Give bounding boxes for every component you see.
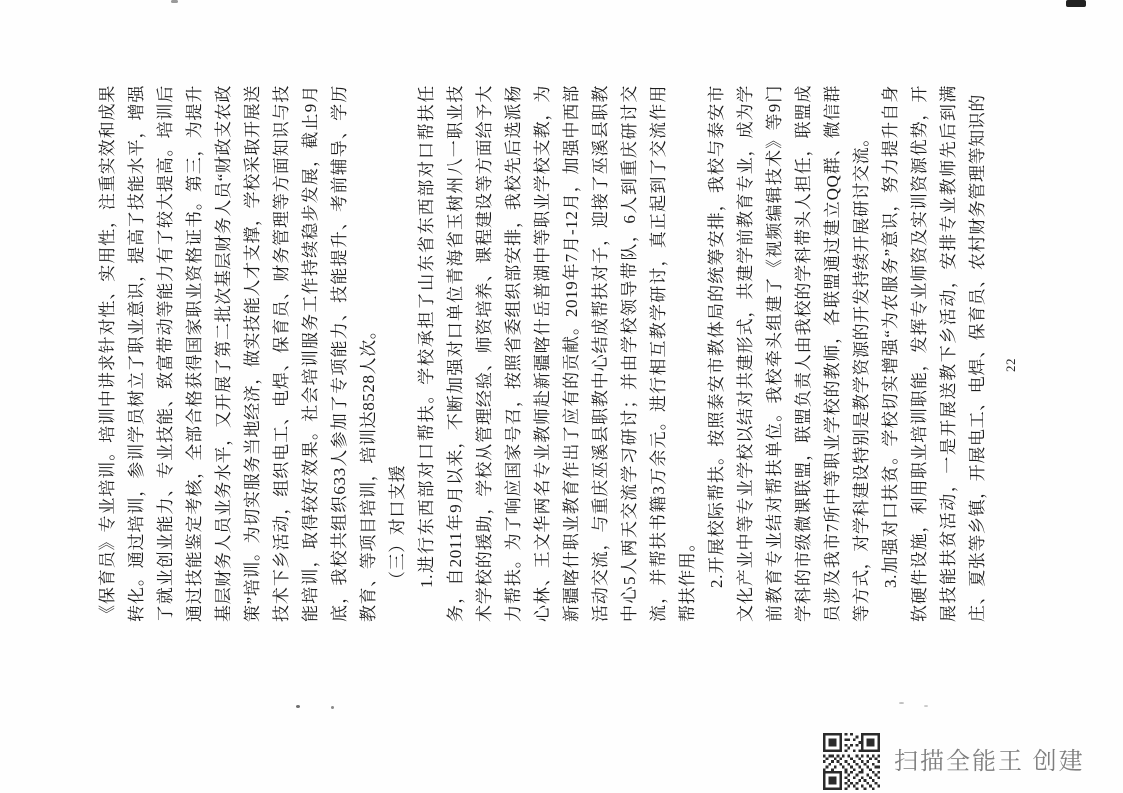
- scanned-page: 《保育员》专业培训。培训中讲求针对性、实用性，注重实效和成果转化。通过培训，参训…: [0, 0, 1123, 793]
- paragraph-item-3: 3.加强对口扶贫。学校切实增强“为农服务”意识，努力提升自身软硬件设施，利用职业…: [876, 85, 992, 622]
- scan-speck: [924, 705, 928, 707]
- scan-speck: [331, 706, 334, 709]
- paragraph-item-1: 1.进行东西部对口帮扶。学校承担了山东省东西部对口帮扶任务，自2011年9月以来…: [412, 85, 702, 622]
- scan-artifact: [1066, 0, 1086, 7]
- scan-speck: [296, 705, 300, 708]
- scan-artifact: [171, 0, 178, 3]
- paragraph-item-2: 2.开展校际帮扶。按照泰安市教体局的统筹安排，我校与泰安市文化产业中等专业学校以…: [702, 85, 876, 622]
- section-heading: （三）对口支援: [383, 85, 412, 622]
- watermark-label: 扫描全能王 创建: [894, 733, 1085, 790]
- camscanner-watermark: 扫描全能王 创建: [823, 733, 1085, 790]
- document-text-block: 《保育员》专业培训。培训中讲求针对性、实用性，注重实效和成果转化。通过培训，参训…: [93, 85, 992, 622]
- scan-speck: [899, 702, 904, 704]
- page-number: 22: [1003, 350, 1023, 380]
- qr-code-icon: [823, 733, 880, 790]
- paragraph-continued: 《保育员》专业培训。培训中讲求针对性、实用性，注重实效和成果转化。通过培训，参训…: [93, 85, 383, 622]
